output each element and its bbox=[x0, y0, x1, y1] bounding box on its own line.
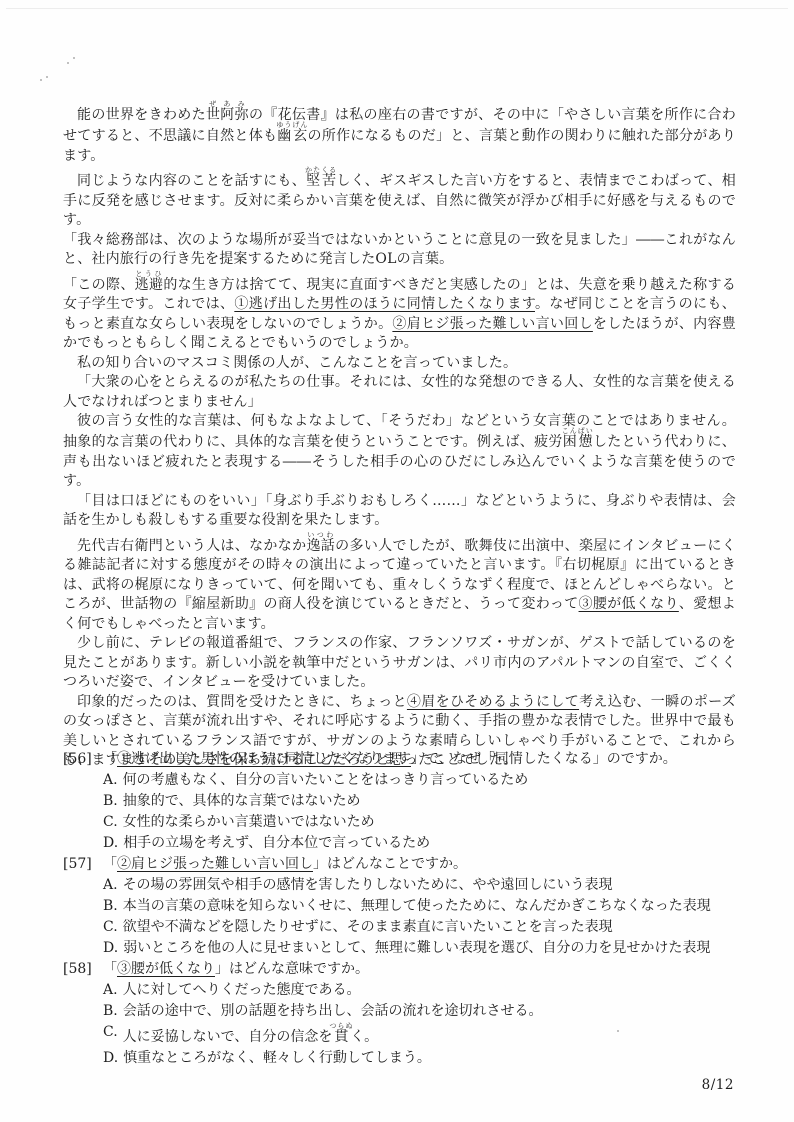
underlined-phrase: ①逃げ出した男性のほうに同情したくなります bbox=[117, 751, 411, 767]
option-row: D. 弱いところを他の人に見せまいとして、無理に難しい表現を選び、自分の力を見せ… bbox=[63, 938, 738, 959]
page-number: 8/12 bbox=[702, 1077, 734, 1093]
option-row: A. 何の考慮もなく、自分の言いたいことをはっきり言っているため bbox=[63, 770, 738, 791]
question-number: [56] bbox=[63, 749, 103, 770]
option-text: 相手の立場を考えず、自分本位で言っているため bbox=[123, 833, 738, 854]
ruby-annotation: 逸話いつわ bbox=[306, 538, 335, 554]
scan-speck bbox=[73, 57, 75, 59]
ruby-annotation: 幽玄ゆうげん bbox=[277, 128, 307, 144]
question-number: [57] bbox=[63, 854, 103, 875]
question-57: [57] 「②肩ヒジ張った難しい言い回し」はどんなことですか。 A. その場の雰… bbox=[63, 854, 738, 959]
ruby-annotation: 世阿弥ぜあみ bbox=[206, 107, 249, 123]
passage-paragraph: 「我々総務部は、次のような場所が妥当ではないかということに意見の一致を見ました」… bbox=[63, 231, 736, 270]
ruby-annotation: 貫つらぬ bbox=[332, 1029, 350, 1045]
option-label: C. bbox=[103, 812, 118, 833]
question-number: [58] bbox=[63, 959, 103, 980]
option-label: B. bbox=[103, 1001, 118, 1022]
underlined-phrase: ②肩ヒジ張った難しい言い回し bbox=[117, 856, 313, 872]
option-text: 人に対してへりくだった態度である。 bbox=[123, 980, 738, 1001]
underlined-phrase: ④眉をひそめるようにして bbox=[407, 694, 579, 710]
option-row: C. 欲望や不満などを隠したりせずに、そのまま素直に言いたいことを言った表現 bbox=[63, 917, 738, 938]
option-label: D. bbox=[103, 1048, 118, 1069]
passage-paragraph: 同じような内容のことを話すにも、堅苦かたくるしく、ギスギスした言い方をすると、表… bbox=[63, 166, 736, 231]
option-label: C. bbox=[103, 917, 118, 938]
scan-speck bbox=[67, 62, 69, 64]
option-label: A. bbox=[103, 875, 118, 896]
reading-passage: 能の世界をきわめた世阿弥ぜあみの『花伝書』は私の座右の書ですが、その中に「やさし… bbox=[63, 100, 736, 771]
option-label: D. bbox=[103, 938, 118, 959]
option-text: その場の雰囲気や相手の感情を害したりしないために、やや遠回しにいう表現 bbox=[123, 875, 738, 896]
option-label: B. bbox=[103, 896, 118, 917]
underlined-phrase: ①逃げ出した男性のほうに同情したくなります bbox=[234, 296, 535, 312]
option-text: 会話の途中で、別の話題を持ち出し、会話の流れを途切れさせる。 bbox=[123, 1001, 738, 1022]
option-text: 欲望や不満などを隠したりせずに、そのまま素直に言いたいことを言った表現 bbox=[123, 917, 738, 938]
ruby-annotation: 堅苦かたくる bbox=[306, 173, 336, 189]
passage-paragraph: 少し前に、テレビの報道番組で、フランスの作家、フランソワズ・サガンが、ゲストで話… bbox=[63, 634, 736, 693]
passage-paragraph: 先代吉右衛門という人は、なかなか逸話いつわの多い人でしたが、歌舞伎に出演中、楽屋… bbox=[63, 531, 736, 635]
option-row: A. 人に対してへりくだった態度である。 bbox=[63, 980, 738, 1001]
option-row: C. 人に妥協しないで、自分の信念を貫つらぬく。 bbox=[63, 1022, 738, 1048]
option-label: C. bbox=[103, 1022, 118, 1048]
ruby-annotation: 困憊こんぱい bbox=[563, 434, 593, 450]
question-prompt: 「②肩ヒジ張った難しい言い回し」はどんなことですか。 bbox=[103, 854, 738, 875]
scan-artifact-line bbox=[6, 8, 788, 9]
passage-paragraph: 能の世界をきわめた世阿弥ぜあみの『花伝書』は私の座右の書ですが、その中に「やさし… bbox=[63, 100, 736, 166]
option-text: 人に妥協しないで、自分の信念を貫つらぬく。 bbox=[123, 1022, 738, 1048]
question-section: [56] 「①逃げ出した男性のほうに同情したくなります」で、なぜ「同情したくなる… bbox=[63, 749, 738, 1069]
option-row: D. 相手の立場を考えず、自分本位で言っているため bbox=[63, 833, 738, 854]
underlined-phrase: ③腰が低くなり bbox=[579, 596, 679, 612]
scan-speck bbox=[46, 76, 48, 78]
passage-paragraph: 彼の言う女性的な言葉は、何もなよなよして、「そうだわ」などという女言葉のことでは… bbox=[63, 412, 736, 492]
option-row: A. その場の雰囲気や相手の感情を害したりしないために、やや遠回しにいう表現 bbox=[63, 875, 738, 896]
question-prompt: 「③腰が低くなり」はどんな意味ですか。 bbox=[103, 959, 738, 980]
passage-paragraph: 「この際、逃避とうひ的な生き方は捨てて、現実に直面すべきだと実感したの」とは、失… bbox=[63, 270, 736, 354]
scan-speck bbox=[40, 79, 42, 81]
option-label: A. bbox=[103, 980, 118, 1001]
option-text: 抽象的で、具体的な言葉ではないため bbox=[123, 791, 738, 812]
option-text: 女性的な柔らかい言葉遣いではないため bbox=[123, 812, 738, 833]
option-text: 慎重なところがなく、軽々しく行動してしまう。 bbox=[123, 1048, 738, 1069]
question-prompt: 「①逃げ出した男性のほうに同情したくなります」で、なぜ「同情したくなる」のですか… bbox=[103, 749, 738, 770]
option-text: 弱いところを他の人に見せまいとして、無理に難しい表現を選び、自分の力を見せかけた… bbox=[123, 938, 738, 959]
option-label: A. bbox=[103, 770, 118, 791]
passage-paragraph: 「目は口ほどにものをいい」「身ぶり手ぶりおもしろく……」などというように、身ぶり… bbox=[63, 492, 736, 531]
option-row: B. 本当の言葉の意味を知らないくせに、無理して使ったために、なんだかぎこちなく… bbox=[63, 896, 738, 917]
underlined-phrase: ②肩ヒジ張った難しい言い回し bbox=[392, 316, 593, 332]
passage-paragraph: 私の知り合いのマスコミ関係の人が、こんなことを言っていました。 bbox=[63, 354, 736, 374]
option-row: B. 抽象的で、具体的な言葉ではないため bbox=[63, 791, 738, 812]
question-58: [58] 「③腰が低くなり」はどんな意味ですか。 A. 人に対してへりくだった態… bbox=[63, 959, 738, 1069]
option-text: 本当の言葉の意味を知らないくせに、無理して使ったために、なんだかぎこちなくなった… bbox=[123, 896, 738, 917]
underlined-phrase: ③腰が低くなり bbox=[117, 961, 215, 977]
option-text: 何の考慮もなく、自分の言いたいことをはっきり言っているため bbox=[123, 770, 738, 791]
question-56: [56] 「①逃げ出した男性のほうに同情したくなります」で、なぜ「同情したくなる… bbox=[63, 749, 738, 854]
option-label: B. bbox=[103, 791, 118, 812]
option-row: C. 女性的な柔らかい言葉遣いではないため bbox=[63, 812, 738, 833]
ruby-annotation: 逃避とうひ bbox=[135, 277, 164, 293]
option-row: D. 慎重なところがなく、軽々しく行動してしまう。 bbox=[63, 1048, 738, 1069]
passage-paragraph: 「大衆の心をとらえるのが私たちの仕事。それには、女性的な発想のできる人、女性的な… bbox=[63, 373, 736, 412]
option-label: D. bbox=[103, 833, 118, 854]
option-row: B. 会話の途中で、別の話題を持ち出し、会話の流れを途切れさせる。 bbox=[63, 1001, 738, 1022]
scanned-document-page: 能の世界をきわめた世阿弥ぜあみの『花伝書』は私の座右の書ですが、その中に「やさし… bbox=[0, 0, 794, 1122]
